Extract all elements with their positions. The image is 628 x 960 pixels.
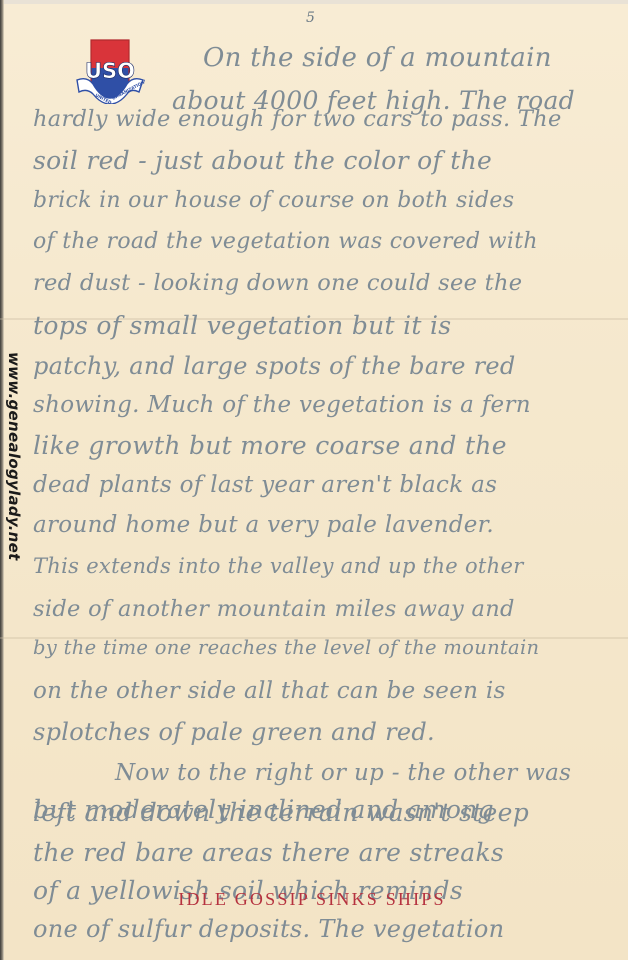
letterhead-motto: IDLE GOSSIP SINKS SHIPS — [122, 889, 502, 910]
handwritten-line: patchy, and large spots of the bare red — [33, 352, 516, 380]
handwritten-line: hardly wide enough for two cars to pass.… — [33, 106, 562, 132]
handwritten-line: but moderately inclined and among — [33, 795, 494, 824]
page-number: 5 — [306, 10, 315, 26]
handwritten-line: one of sulfur deposits. The vegetation — [33, 915, 504, 943]
svg-text:USO: USO — [85, 59, 135, 83]
handwritten-line: dead plants of last year aren't black as — [33, 472, 497, 498]
handwritten-line: splotches of pale green and red. — [33, 718, 435, 746]
handwritten-line: soil red - just about the color of the — [33, 146, 492, 175]
paper-top-edge — [0, 0, 628, 4]
handwritten-line: of the road the vegetation was covered w… — [33, 229, 538, 254]
handwritten-line: showing. Much of the vegetation is a fer… — [33, 392, 531, 418]
handwritten-line: On the side of a mountain — [203, 43, 552, 73]
handwritten-line: on the other side all that can be seen i… — [33, 678, 506, 704]
uso-logo-icon: USO UNITED SERVICE ORGANIZATIONS — [73, 36, 145, 104]
handwritten-line: by the time one reaches the level of the… — [33, 636, 539, 659]
handwritten-line: around home but a very pale lavender. — [33, 512, 494, 538]
handwritten-line: side of another mountain miles away and — [33, 596, 515, 622]
watermark-url: www.genealogylady.net — [2, 352, 26, 652]
handwritten-line: Now to the right or up - the other was — [115, 760, 571, 786]
handwritten-line: This extends into the valley and up the … — [33, 554, 524, 578]
handwritten-line: red dust - looking down one could see th… — [33, 270, 522, 296]
handwritten-line: tops of small vegetation but it is — [33, 311, 451, 340]
handwritten-line: like growth but more coarse and the — [33, 431, 507, 460]
handwritten-line: the red bare areas there are streaks — [33, 838, 504, 867]
handwritten-line: brick in our house of course on both sid… — [33, 188, 514, 213]
